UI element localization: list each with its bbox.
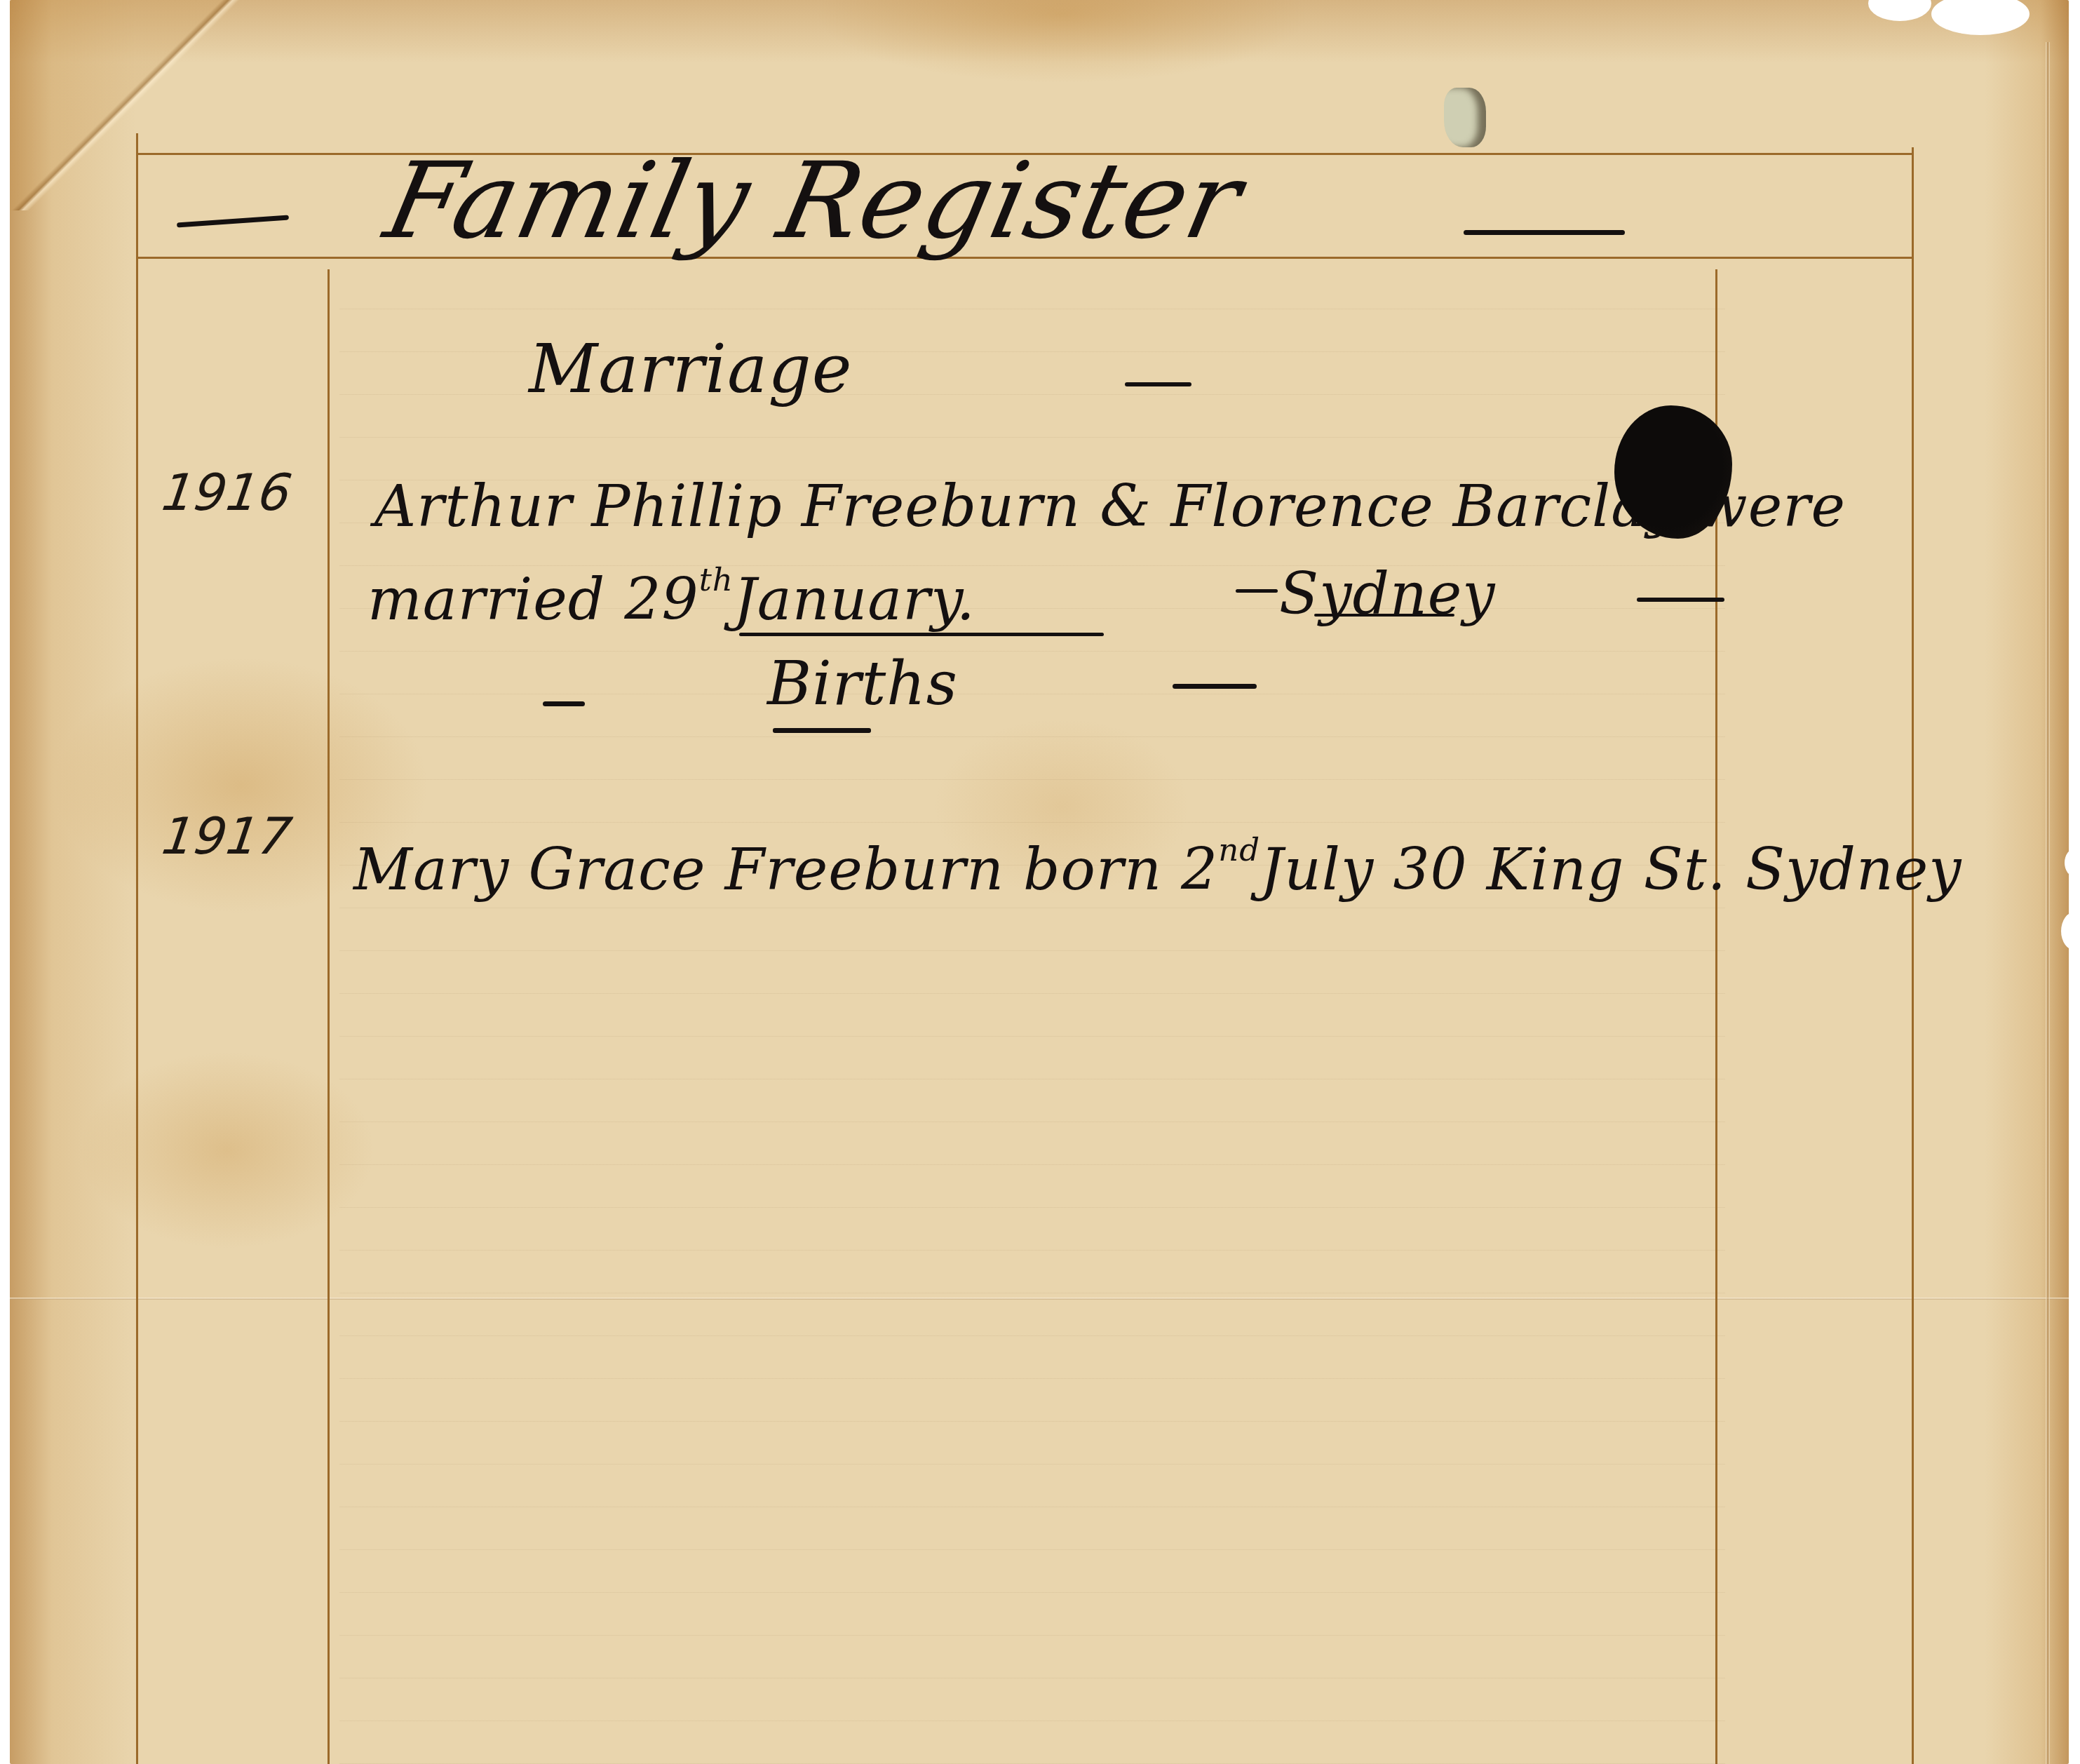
torn-edge — [2065, 849, 2080, 877]
births-underline — [773, 728, 871, 733]
entry-year: 1917 — [158, 807, 295, 866]
page-title: Family Register — [376, 140, 1252, 262]
birth-name-and-date: Mary Grace Freeburn born 2 — [353, 837, 1218, 903]
marriage-month: January. — [734, 567, 975, 633]
births-left-dash — [543, 701, 585, 706]
corner-fold-crease — [10, 0, 241, 210]
torn-edge — [1868, 0, 1931, 21]
marriage-heading-dash — [1125, 382, 1191, 386]
section-heading-births: Births — [767, 649, 958, 719]
right-margin-rule — [1912, 147, 1914, 1764]
entry-year: 1916 — [158, 463, 295, 522]
year-column-rule — [327, 269, 330, 1764]
section-heading-marriage: Marriage — [529, 330, 853, 408]
place-leading-dash — [1236, 589, 1278, 593]
birth-entry: Mary Grace Freeburn born 2ndJuly 30 King… — [353, 831, 1962, 903]
title-left-dash — [177, 215, 289, 227]
binding-crease — [2046, 42, 2050, 1764]
horizontal-fold-line — [10, 1298, 2069, 1300]
marriage-trailing-dash — [1637, 598, 1724, 602]
birth-ordinal: nd — [1218, 831, 1260, 868]
birth-place: July 30 King St. Sydney — [1260, 837, 1961, 903]
title-right-dash — [1464, 230, 1625, 235]
ink-blot — [1614, 405, 1732, 539]
register-page: Family Register Marriage 1916 Arthur Phi… — [10, 0, 2069, 1764]
left-margin-rule — [136, 133, 138, 1764]
place-underline — [1314, 614, 1454, 617]
torn-edge — [1931, 0, 2030, 35]
torn-edge — [2061, 912, 2080, 950]
marriage-entry-line2: married 29thJanuary. — [367, 561, 975, 633]
marriage-date: married 29 — [367, 567, 699, 633]
date-underline — [739, 633, 1104, 636]
water-stain — [1444, 88, 1486, 147]
marriage-place: Sydney — [1279, 561, 1496, 628]
births-right-dash — [1173, 684, 1257, 689]
date-ordinal: th — [699, 561, 734, 598]
